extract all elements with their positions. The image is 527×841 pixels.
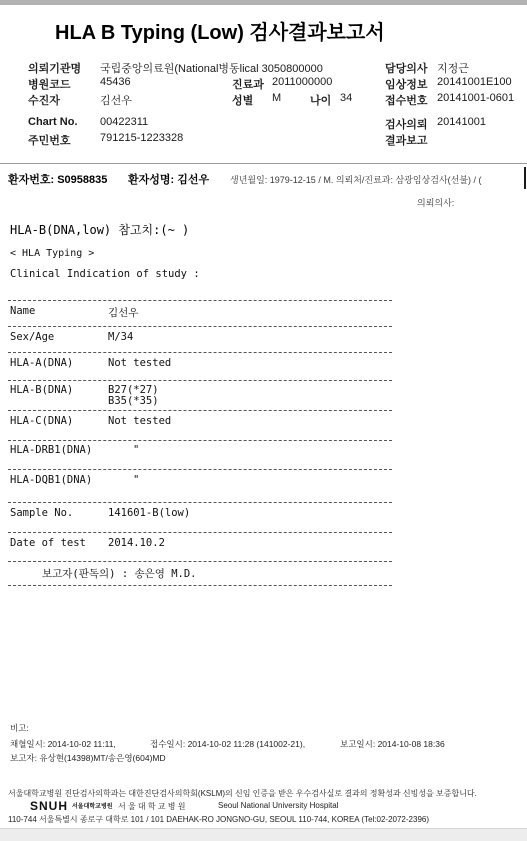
hospital-name-en: Seoul National University Hospital (218, 801, 339, 810)
resident-no-label: 주민번호 (28, 132, 71, 148)
row-divider (8, 440, 392, 441)
row-value: 김선우 (108, 305, 138, 320)
row-label: Name (10, 305, 35, 317)
row-label: Sample No. (10, 507, 73, 519)
birth-referrer: 생년월일: 1979-12-15 / M. 의뢰처/진료과: 삼광임상검사(선불… (230, 173, 482, 186)
examinee-value: 김선우 (100, 92, 132, 108)
clinical-indication: Clinical Indication of study : (10, 268, 200, 280)
row-divider (8, 410, 392, 411)
patient-no: 환자번호: S0958835 (8, 171, 107, 187)
snuh-logo-small: 서울대학교병원 (72, 801, 113, 810)
row-value: Not tested (108, 415, 171, 427)
report-title: HLA B Typing (Low) 검사결과보고서 (55, 16, 385, 45)
row-label: HLA-DQB1(DNA) (10, 474, 92, 486)
sex-label: 성별 (232, 92, 253, 108)
row-divider (8, 352, 392, 353)
doctor-label: 담당의사 (385, 60, 428, 76)
test-request-value: 20141001 (437, 116, 486, 128)
reporters: 보고자: 유상현(14398)MT/송은영(604)MD (10, 752, 166, 764)
org-value: 국립중앙의료원(National병동lical 3050800000 (100, 60, 323, 76)
examinee-label: 수진자 (28, 92, 60, 108)
received-datetime: 접수일시: 2014-10-02 11:28 (141002-21), (150, 738, 305, 750)
accreditation-text: 서울대학교병원 진단검사의학과는 대한진단검사의학회(KSLM)의 신임 인증을… (8, 788, 477, 799)
doctor-value: 지정근 (437, 60, 469, 76)
row-value: 141601-B(low) (108, 507, 190, 519)
receipt-no-label: 접수번호 (385, 92, 428, 108)
row-value: Not tested (108, 357, 171, 369)
row-divider (8, 585, 392, 586)
reference-range: HLA-B(DNA,low) 참고치:(~ ) (10, 221, 189, 238)
row-label: Date of test (10, 537, 86, 549)
hospital-code-value: 45436 (100, 76, 131, 88)
row-label: Sex/Age (10, 331, 54, 343)
row-value: " (133, 444, 139, 456)
row-divider (8, 561, 392, 562)
org-label: 의뢰기관명 (28, 60, 81, 76)
row-value: " (133, 474, 139, 486)
row-divider (8, 326, 392, 327)
hospital-name-kr: 서 울 대 학 교 병 원 (118, 801, 185, 812)
age-label: 나이 (310, 92, 331, 108)
row-label: HLA-DRB1(DNA) (10, 444, 92, 456)
clinical-info-value: 20141001E100 (437, 76, 512, 88)
row-divider (8, 532, 392, 533)
top-gray-bar (0, 0, 527, 5)
result-report-label: 결과보고 (385, 132, 428, 148)
report-page: HLA B Typing (Low) 검사결과보고서 의뢰기관명 국립중앙의료원… (0, 0, 527, 841)
row-divider (8, 469, 392, 470)
row-label: HLA-A(DNA) (10, 357, 73, 369)
collected-datetime: 채혈일시: 2014-10-02 11:11, (10, 738, 116, 750)
patient-name: 환자성명: 김선우 (128, 171, 209, 187)
row-value2: B35(*35) (108, 395, 159, 407)
row-divider (8, 380, 392, 381)
bottom-gray-strip (0, 828, 527, 841)
hospital-address: 110-744 서울특별시 종로구 대학로 101 / 101 DAEHAK-R… (8, 814, 429, 825)
row-label: HLA-C(DNA) (10, 415, 73, 427)
header-divider (0, 163, 527, 164)
dept-value: 2011000000 (272, 76, 332, 88)
row-label: HLA-B(DNA) (10, 384, 73, 396)
hospital-code-label: 병원코드 (28, 76, 71, 92)
section-header: < HLA Typing > (10, 248, 94, 259)
row-divider (8, 300, 392, 301)
reported-datetime: 보고일시: 2014-10-08 18:36 (340, 738, 445, 750)
right-edge-mark (524, 167, 526, 189)
sex-value: M (272, 92, 281, 104)
chart-no-label: Chart No. (28, 116, 78, 128)
clinical-info-label: 임상정보 (385, 76, 428, 92)
row-value: M/34 (108, 331, 133, 343)
row-value: 2014.10.2 (108, 537, 165, 549)
resident-no-value: 791215-1223328 (100, 132, 183, 144)
row-divider (8, 502, 392, 503)
reporter-line: 보고자(판독의) : 송은영 M.D. (42, 566, 197, 581)
test-request-label: 검사의뢰 (385, 116, 428, 132)
remarks-label: 비고: (10, 722, 29, 734)
chart-no-value: 00422311 (100, 116, 148, 128)
snuh-logo: SNUH (30, 799, 68, 813)
dept-label: 진료과 (232, 76, 264, 92)
age-value: 34 (340, 92, 352, 104)
receipt-no-value: 20141001-0601 (437, 92, 514, 104)
ref-doctor: 의뢰의사: (417, 196, 454, 209)
